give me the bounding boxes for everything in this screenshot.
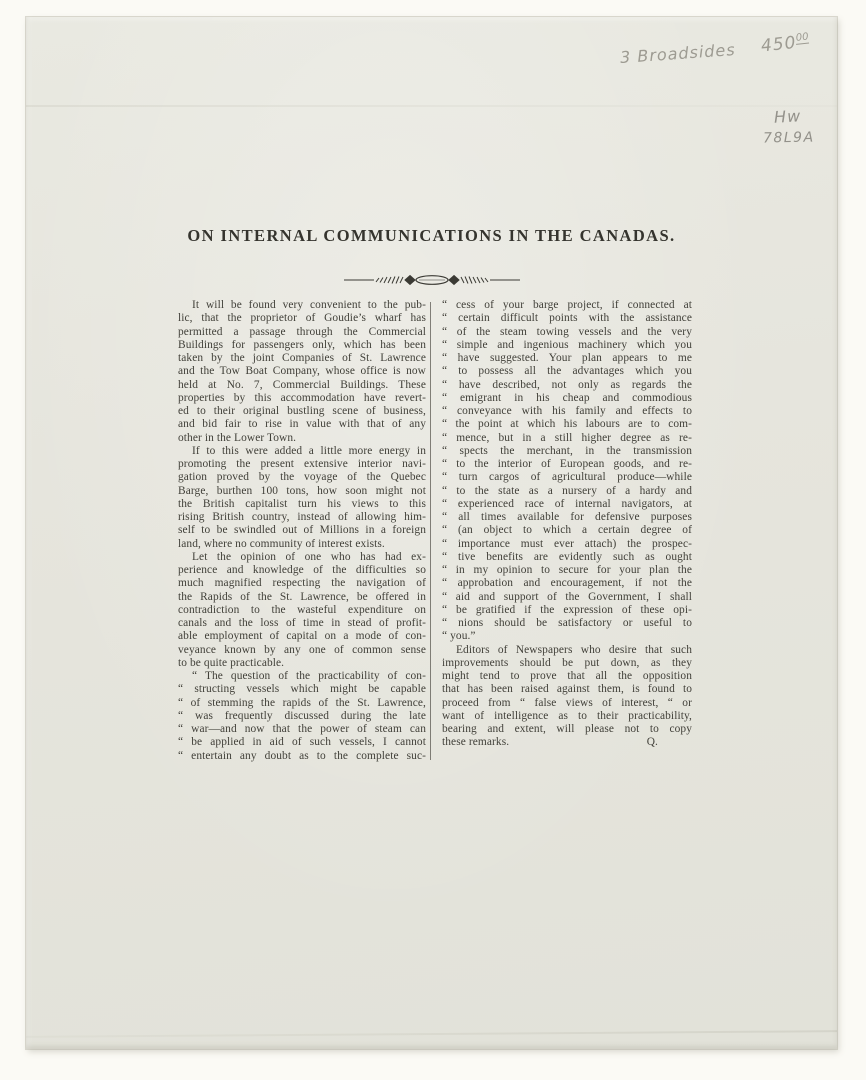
price-main: 450 [760, 33, 797, 57]
text-line: “ approbation and encouragement, if not … [442, 577, 692, 590]
dealer-note-text: 3 Broadsides [619, 40, 736, 67]
text-line: “ to the interior of European goods, and… [442, 458, 692, 471]
text-line: “ tive benefits are evidently such as ou… [442, 551, 692, 564]
text-line: ed to their original bustling scene of b… [178, 405, 426, 418]
text-line: able employment of capital on a mode of … [178, 630, 426, 643]
text-line: permitted a passage through the Commerci… [178, 326, 426, 339]
text-line: “ turn cargos of agricultural produce—wh… [442, 471, 692, 484]
text-line: “ (an object to which a certain degree o… [442, 524, 692, 537]
text-line: “ conveyance with his family and effects… [442, 405, 692, 418]
text-line: Let the opinion of one who has had ex- [178, 551, 426, 564]
text-line: “ in my opinion to secure for your plan … [442, 564, 692, 577]
text-line: “ mence, but in a still higher degree as… [442, 432, 692, 445]
text-line: Buildings for passengers only, which has… [178, 339, 426, 352]
text-line: land, where no community of interest exi… [178, 538, 426, 551]
text-line: “ structing vessels which might be capab… [178, 683, 426, 696]
text-line: “ aid and support of the Government, I s… [442, 591, 692, 604]
text-line: taken by the joint Companies of St. Lawr… [178, 352, 426, 365]
text-line: “ be gratified if the expression of thes… [442, 604, 692, 617]
text-column-right: “ cess of your barge project, if connect… [442, 299, 692, 750]
text-line: “ you.” [442, 630, 692, 643]
text-line: contradiction to the wasteful expenditur… [178, 604, 426, 617]
text-line: improvements should be put down, as they [442, 657, 692, 670]
text-line: “ be applied in aid of such vessels, I c… [178, 736, 426, 749]
text-column-left: It will be found very convenient to the … [178, 299, 426, 763]
text-line: and the Tow Boat Company, whose office i… [178, 365, 426, 378]
paragraph: If to this were added a little more ener… [178, 445, 426, 551]
text-line: “ entertain any doubt as to the complete… [178, 750, 426, 763]
text-line: want of intelligence as to their practic… [442, 710, 692, 723]
text-line: It will be found very convenient to the … [178, 299, 426, 312]
text-line: “ certain difficult points with the assi… [442, 312, 692, 325]
paragraph: Editors of Newspapers who desire that su… [442, 644, 692, 750]
text-line: the British capitalist turn his views to… [178, 498, 426, 511]
text-line: “ was frequently discussed during the la… [178, 710, 426, 723]
text-line: gation proved by the voyage of the Quebe… [178, 471, 426, 484]
text-line: and bid fair to rise in value with that … [178, 418, 426, 431]
ornament-divider-icon [26, 273, 837, 287]
text-line: these remarks.Q. [442, 736, 692, 749]
handwritten-initials: Hw [774, 106, 802, 126]
text-line: that has been raised against them, is fo… [442, 683, 692, 696]
text-line: “ cess of your barge project, if connect… [442, 299, 692, 312]
scan-background: 3 Broadsides 45000 Hw 78L9A ON INTERNAL … [0, 0, 866, 1080]
text-line: “ have described, not only as regards th… [442, 379, 692, 392]
text-line: properties by this accommodation have re… [178, 392, 426, 405]
text-line: promoting the present extensive interior… [178, 458, 426, 471]
text-line: “ of stemming the rapids of the St. Lawr… [178, 697, 426, 710]
handwritten-catalog-code: 78L9A [763, 130, 815, 147]
document-title: ON INTERNAL COMMUNICATIONS IN THE CANADA… [26, 226, 837, 246]
text-line: “ spects the merchant, in the transmissi… [442, 445, 692, 458]
text-line: canals and the loss of time in stead of … [178, 617, 426, 630]
text-line: “ have suggested. Your plan appears to m… [442, 352, 692, 365]
text-line: the Rapids of the St. Lawrence, be offer… [178, 591, 426, 604]
closing-text: these remarks. [442, 736, 509, 749]
text-line: might tend to prove that all the opposit… [442, 670, 692, 683]
text-line: proceed from “ false views of interest, … [442, 697, 692, 710]
text-line: “ simple and ingenious machinery which y… [442, 339, 692, 352]
column-divider-rule [430, 302, 431, 760]
text-line: “ all times available for defensive purp… [442, 511, 692, 524]
text-line: “ to the state as a nursery of a hardy a… [442, 485, 692, 498]
paragraph: “ cess of your barge project, if connect… [442, 299, 692, 644]
handwritten-dealer-note: 3 Broadsides [619, 40, 736, 67]
text-line: “ importance must ever attach) the prosp… [442, 538, 692, 551]
text-line: “ war—and now that the power of steam ca… [178, 723, 426, 736]
text-line: “ The question of the practicability of … [178, 670, 426, 683]
handwritten-price: 45000 [760, 32, 810, 57]
signature-initial: Q. [647, 736, 692, 749]
broadside-paper: 3 Broadsides 45000 Hw 78L9A ON INTERNAL … [26, 17, 837, 1049]
text-line: “ nions should be satisfactory or useful… [442, 617, 692, 630]
paragraph: Let the opinion of one who has had ex-pe… [178, 551, 426, 670]
text-line: Barge, burthen 100 tons, how soon might … [178, 485, 426, 498]
text-line: held at No. 7, Commercial Buildings. The… [178, 379, 426, 392]
text-line: If to this were added a little more ener… [178, 445, 426, 458]
text-line: much magnified respecting the navigation… [178, 577, 426, 590]
text-line: to be quite practicable. [178, 657, 426, 670]
text-line: rising British country, instead of allow… [178, 511, 426, 524]
text-line: “ of the steam towing vessels and the ve… [442, 326, 692, 339]
text-line: bearing and extent, will please not to c… [442, 723, 692, 736]
text-line: “ to possess all the advantages which yo… [442, 365, 692, 378]
text-line: Editors of Newspapers who desire that su… [442, 644, 692, 657]
text-line: “ emigrant in his cheap and commodious [442, 392, 692, 405]
text-line: lic, that the proprietor of Goudie’s wha… [178, 312, 426, 325]
text-line: “ the point at which his labours are to … [442, 418, 692, 431]
text-line: self to be swindled out of Millions in a… [178, 524, 426, 537]
paragraph: It will be found very convenient to the … [178, 299, 426, 445]
text-line: “ experienced race of internal navigator… [442, 498, 692, 511]
text-line: perience and knowledge of the difficulti… [178, 564, 426, 577]
price-cents: 00 [795, 32, 809, 45]
text-line: veyance known by any one of common sense [178, 644, 426, 657]
text-line: other in the Lower Town. [178, 432, 426, 445]
paragraph: “ The question of the practicability of … [178, 670, 426, 763]
